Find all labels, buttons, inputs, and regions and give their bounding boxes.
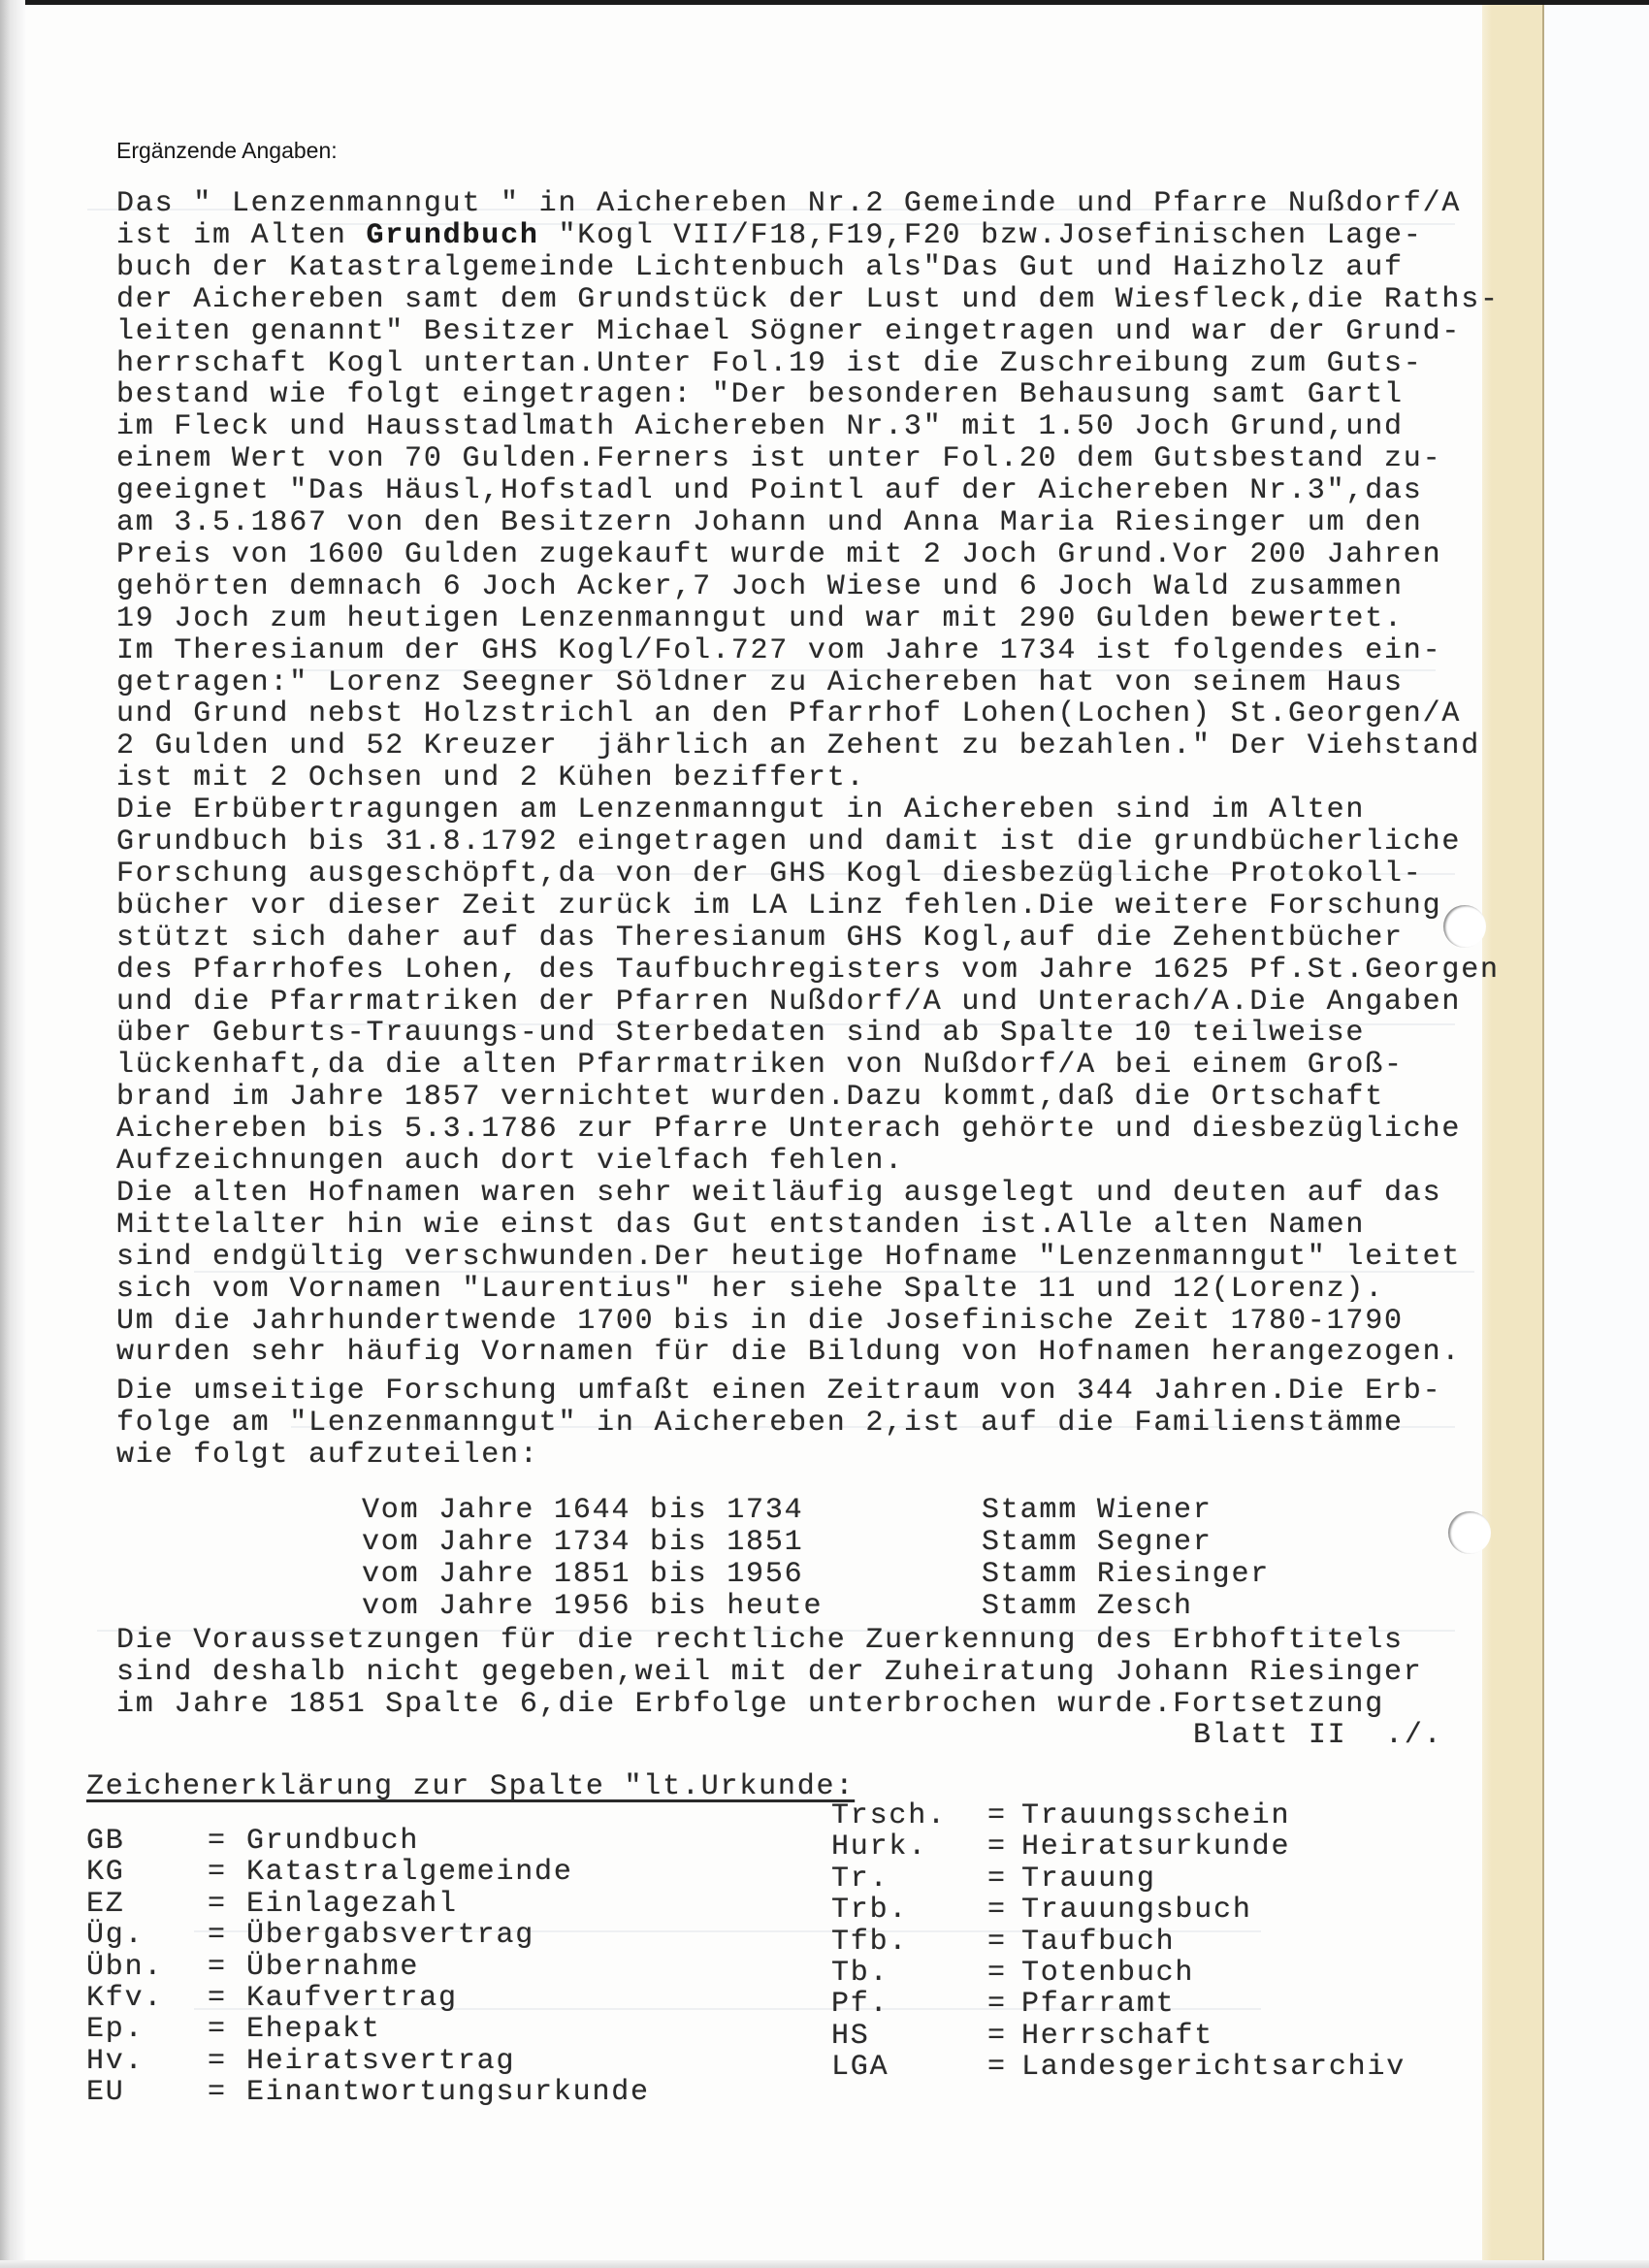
legend-abbreviation: Tfb.: [831, 1927, 908, 1959]
lineage-period: vom Jahre 1851 bis 1956: [362, 1559, 803, 1591]
text-line: sich vom Vornamen "Laurentius" her siehe…: [116, 1274, 1384, 1306]
text-line: des Pfarrhofes Lohen, des Taufbuchregist…: [116, 955, 1500, 987]
scan-shadow-bottom: [0, 2260, 1649, 2268]
legend-meaning: Einantwortungsurkunde: [246, 2077, 650, 2109]
text-line: und die Pfarrmatriken der Pfarren Nußdor…: [116, 987, 1461, 1019]
legend-equals: =: [208, 2046, 227, 2078]
legend-equals: =: [987, 1863, 1007, 1895]
text-line: im Jahre 1851 Spalte 6,die Erbfolge unte…: [116, 1689, 1384, 1721]
legend-abbreviation: Üg.: [86, 1920, 144, 1952]
legend-abbreviation: Tb.: [831, 1958, 889, 1990]
text-line: wie folgt aufzuteilen:: [116, 1440, 539, 1472]
text-line: bestand wie folgt eingetragen: "Der beso…: [116, 379, 1404, 411]
legend-meaning: Einlagezahl: [246, 1889, 458, 1921]
text-line: Die alten Hofnamen waren sehr weitläufig…: [116, 1178, 1441, 1210]
scan-margin-right: [1544, 5, 1649, 2268]
legend-abbreviation: Pf.: [831, 1989, 889, 2021]
text-line: Die Erbübertragungen am Lenzenmanngut in…: [116, 794, 1365, 826]
lineage-period: vom Jahre 1734 bis 1851: [362, 1527, 803, 1559]
text-line: einem Wert von 70 Gulden.Ferners ist unt…: [116, 443, 1441, 475]
text-line: 2 Gulden und 52 Kreuzer jährlich an Zehe…: [116, 730, 1480, 762]
legend-meaning: Übergabsvertrag: [246, 1920, 534, 1952]
legend-abbreviation: Tr.: [831, 1863, 889, 1895]
legend-equals: =: [208, 2077, 227, 2109]
legend-equals: =: [987, 1927, 1007, 1959]
legend-equals: =: [987, 1958, 1007, 1990]
text-line: am 3.5.1867 von den Besitzern Johann und…: [116, 507, 1423, 539]
legend-abbreviation: Trb.: [831, 1895, 908, 1927]
legend-equals: =: [987, 2021, 1007, 2053]
text-line: Das " Lenzenmanngut " in Aichereben Nr.2…: [116, 188, 1461, 220]
legend-abbreviation: Hv.: [86, 2046, 144, 2078]
legend-meaning: Taufbuch: [1021, 1927, 1175, 1959]
text-line: buch der Katastralgemeinde Lichtenbuch a…: [116, 252, 1404, 284]
legend-equals: =: [208, 1920, 227, 1952]
legend-abbreviation: Ep.: [86, 2014, 144, 2046]
text-line: Die umseitige Forschung umfaßt einen Zei…: [116, 1376, 1441, 1408]
lineage-period: vom Jahre 1956 bis heute: [362, 1591, 823, 1623]
legend-abbreviation: Übn.: [86, 1952, 163, 1984]
text-line: Aichereben bis 5.3.1786 zur Pfarre Unter…: [116, 1114, 1461, 1146]
legend-meaning: Trauungsbuch: [1021, 1895, 1252, 1927]
legend-meaning: Kaufvertrag: [246, 1983, 458, 2015]
emphasized-term: Grundbuch: [366, 219, 538, 252]
text-line: Mittelalter hin wie einst das Gut entsta…: [116, 1210, 1365, 1242]
text-line: gehörten demnach 6 Joch Acker,7 Joch Wie…: [116, 571, 1404, 603]
legend-meaning: Trauung: [1021, 1863, 1156, 1895]
legend-title: Zeichenerklärung zur Spalte "lt.Urkunde:: [86, 1771, 855, 1803]
legend-meaning: Übernahme: [246, 1952, 419, 1984]
text-line: brand im Jahre 1857 vernichtet wurden.Da…: [116, 1082, 1384, 1114]
text-line: Aufzeichnungen auch dort vielfach fehlen…: [116, 1146, 904, 1178]
scan-shadow-left: [0, 0, 25, 2268]
legend-abbreviation: EZ: [86, 1889, 125, 1921]
text-line: leiten genannt" Besitzer Michael Sögner …: [116, 316, 1461, 348]
legend-equals: =: [987, 1800, 1007, 1832]
text-line: herrschaft Kogl untertan.Unter Fol.19 is…: [116, 348, 1423, 380]
text-line: ist mit 2 Ochsen und 2 Kühen beziffert.: [116, 762, 865, 794]
legend-meaning: Landesgerichtsarchiv: [1021, 2052, 1406, 2084]
legend-meaning: Trauungsschein: [1021, 1800, 1290, 1832]
legend-meaning: Heiratsurkunde: [1021, 1831, 1290, 1863]
legend-meaning: Totenbuch: [1021, 1958, 1194, 1990]
legend-meaning: Ehepakt: [246, 2014, 381, 2046]
text-line: Forschung ausgeschöpft,da von der GHS Ko…: [116, 859, 1423, 891]
legend-abbreviation: Kfv.: [86, 1983, 163, 2015]
text-line: Grundbuch bis 31.8.1792 eingetragen und …: [116, 826, 1461, 859]
lineage-stem: Stamm Riesinger: [982, 1559, 1270, 1591]
text-line: Im Theresianum der GHS Kogl/Fol.727 vom …: [116, 635, 1441, 667]
section-heading: Ergänzende Angaben:: [116, 138, 338, 163]
legend-equals: =: [208, 1889, 227, 1921]
legend-abbreviation: KG: [86, 1857, 125, 1889]
legend-abbreviation: Trsch.: [831, 1800, 947, 1832]
legend-meaning: Pfarramt: [1021, 1989, 1175, 2021]
text-line: 19 Joch zum heutigen Lenzenmanngut und w…: [116, 603, 1404, 635]
text-line: der Aichereben samt dem Grundstück der L…: [116, 284, 1500, 316]
text-line: folge am "Lenzenmanngut" in Aichereben 2…: [116, 1408, 1404, 1440]
legend-equals: =: [208, 1952, 227, 1984]
legend-abbreviation: GB: [86, 1826, 125, 1858]
legend-equals: =: [987, 1989, 1007, 2021]
legend-meaning: Heiratsvertrag: [246, 2046, 515, 2078]
text-line: sind deshalb nicht gegeben,weil mit der …: [116, 1657, 1423, 1689]
binding-strip: [1482, 5, 1544, 2268]
legend-meaning: Katastralgemeinde: [246, 1857, 573, 1889]
text-line: und Grund nebst Holzstrichl an den Pfarr…: [116, 698, 1461, 730]
text-line: bücher vor dieser Zeit zurück im LA Linz…: [116, 891, 1441, 923]
text-line: wurden sehr häufig Vornamen für die Bild…: [116, 1337, 1461, 1369]
text-line: Um die Jahrhundertwende 1700 bis in die …: [116, 1306, 1404, 1338]
lineage-stem: Stamm Wiener: [982, 1495, 1212, 1527]
text-line: ist im Alten Grundbuch "Kogl VII/F18,F19…: [116, 220, 1423, 252]
text-line: sind endgültig verschwunden.Der heutige …: [116, 1242, 1461, 1274]
legend-equals: =: [208, 1826, 227, 1858]
lineage-stem: Stamm Zesch: [982, 1591, 1193, 1623]
legend-meaning: Herrschaft: [1021, 2021, 1213, 2053]
text-line: geeignet "Das Häusl,Hofstadl und Pointl …: [116, 475, 1423, 507]
punch-hole-icon: [1448, 1511, 1491, 1554]
legend-equals: =: [208, 1983, 227, 2015]
text-line: über Geburts-Trauungs-und Sterbedaten si…: [116, 1018, 1365, 1050]
text-line: stützt sich daher auf das Theresianum GH…: [116, 923, 1404, 955]
legend-abbreviation: HS: [831, 2021, 870, 2053]
legend-abbreviation: EU: [86, 2077, 125, 2109]
text-line: Die Voraussetzungen für die rechtliche Z…: [116, 1625, 1404, 1657]
text-line: Preis von 1600 Gulden zugekauft wurde mi…: [116, 539, 1441, 571]
text-line: getragen:" Lorenz Seegner Söldner zu Aic…: [116, 667, 1404, 699]
legend-abbreviation: Hurk.: [831, 1831, 927, 1863]
scan-border-top: [0, 0, 1649, 5]
text-line: im Fleck und Hausstadlmath Aichereben Nr…: [116, 411, 1404, 443]
legend-equals: =: [987, 1895, 1007, 1927]
text-line: lückenhaft,da die alten Pfarrmatriken vo…: [116, 1050, 1404, 1082]
legend-equals: =: [208, 1857, 227, 1889]
legend-abbreviation: LGA: [831, 2052, 889, 2084]
legend-equals: =: [208, 2014, 227, 2046]
lineage-period: Vom Jahre 1644 bis 1734: [362, 1495, 803, 1527]
legend-meaning: Grundbuch: [246, 1826, 419, 1858]
legend-equals: =: [987, 1831, 1007, 1863]
legend-equals: =: [987, 2052, 1007, 2084]
lineage-stem: Stamm Segner: [982, 1527, 1212, 1559]
continuation-note: Blatt II ./.: [1193, 1720, 1442, 1752]
punch-hole-icon: [1443, 905, 1486, 948]
